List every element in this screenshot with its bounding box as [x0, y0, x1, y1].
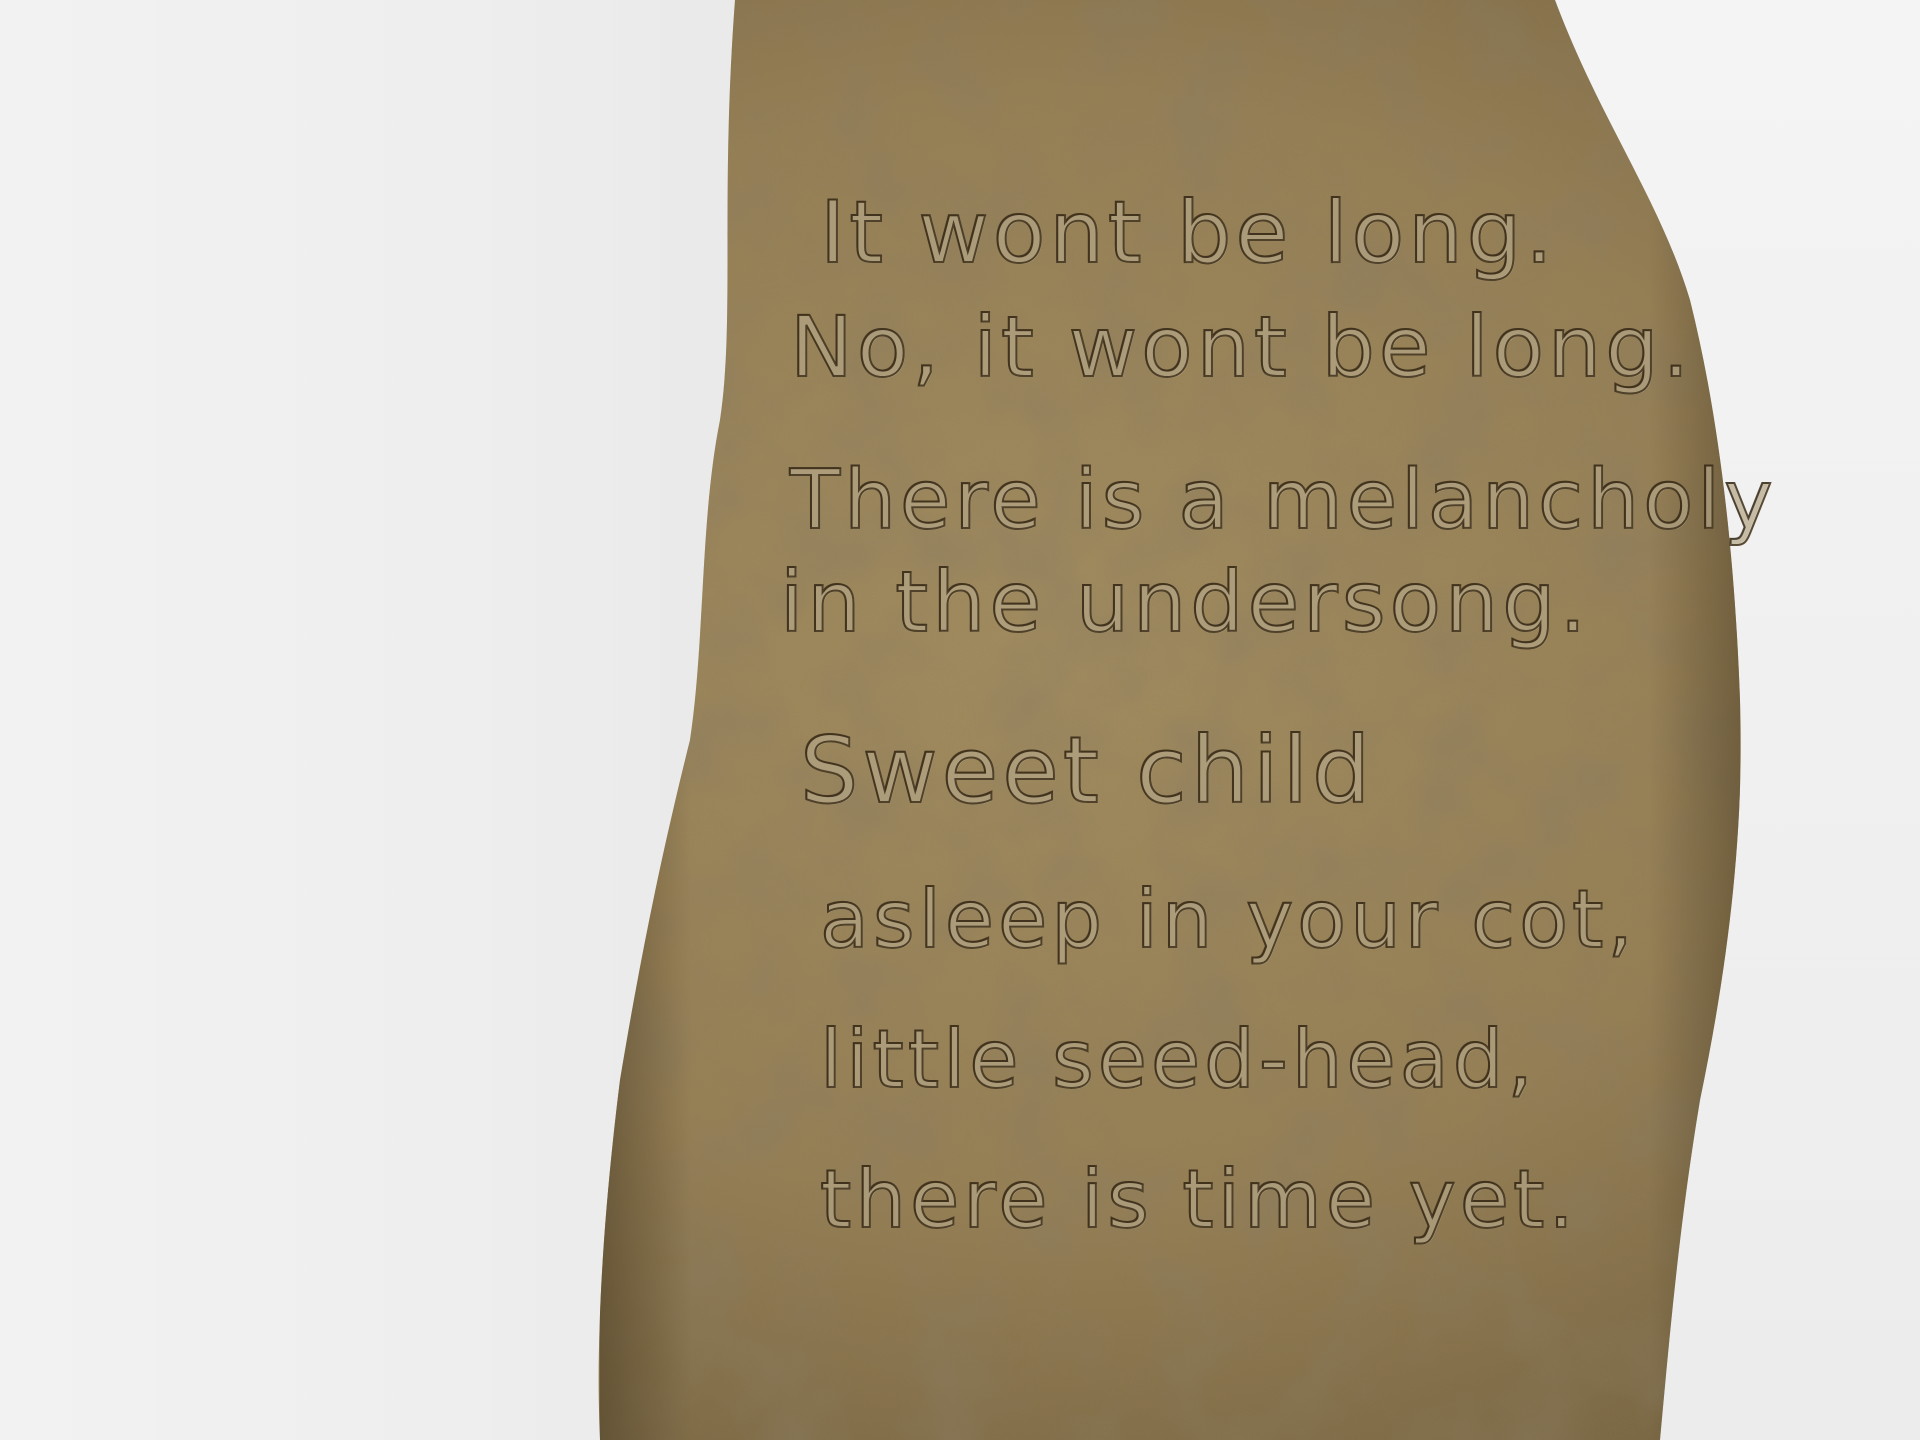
inscription-line: in the undersong. [780, 560, 1590, 644]
inscription-line: Sweet child [800, 725, 1375, 817]
inscription-line: there is time yet. [820, 1160, 1578, 1240]
inscription-line: No, it wont be long. [790, 305, 1693, 389]
inscription-line: asleep in your cot, [820, 880, 1637, 960]
inscription-line: It wont be long. [820, 190, 1557, 276]
inscription-line: There is a melancholy [790, 460, 1777, 542]
inscription-line: little seed-head, [820, 1020, 1537, 1100]
photo-scene: It wont be long. No, it wont be long. Th… [0, 0, 1920, 1440]
